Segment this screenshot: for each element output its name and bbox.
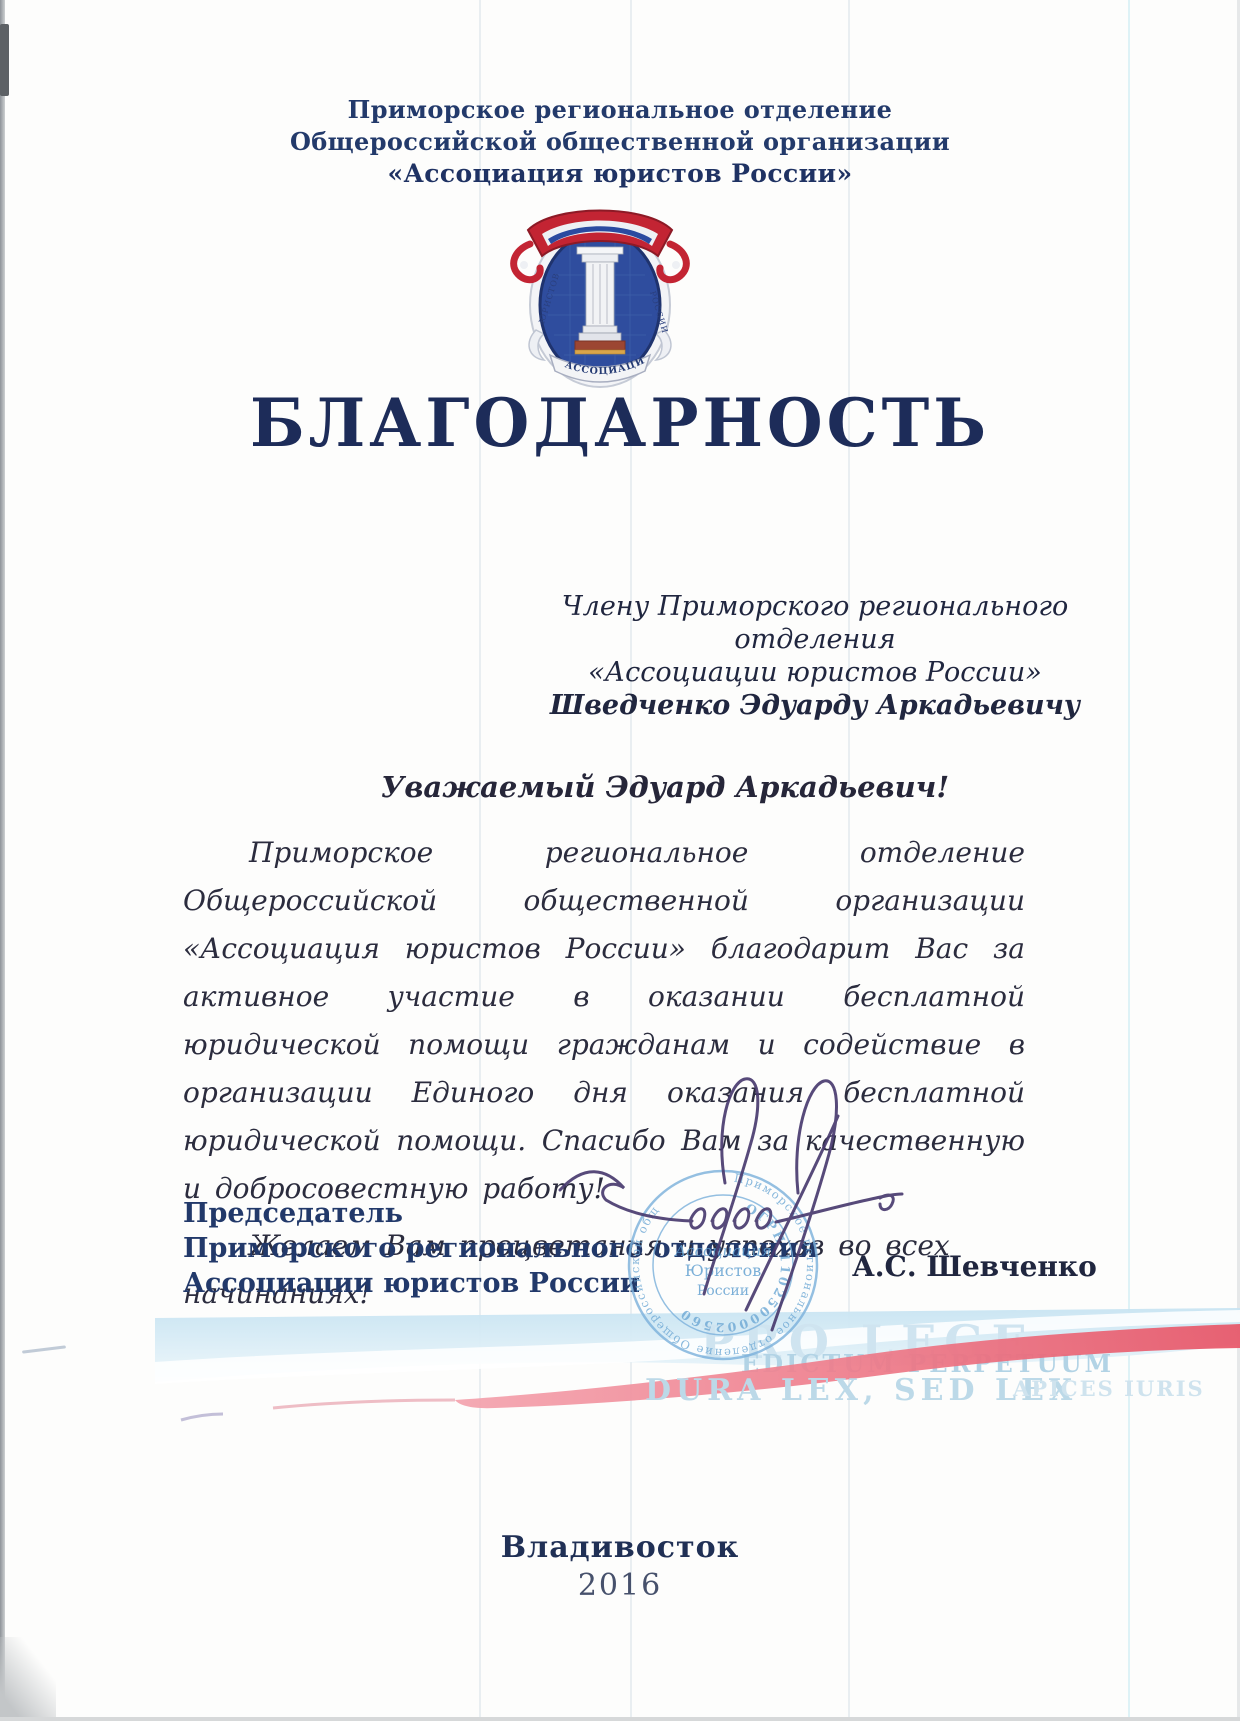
association-of-lawyers-crest-icon: АССОЦИАЦИЯ ЮРИСТОВ РОССИИ — [500, 192, 700, 392]
watermark-line3: APICES IURIS — [1012, 1376, 1205, 1401]
recipient-name: Шведченко Эдуарду Аркадьевичу — [485, 689, 1145, 722]
scan-streak — [1128, 0, 1130, 1721]
letterhead-line1: Приморское региональное отделение — [0, 94, 1240, 126]
letterhead-line2: Общероссийской общественной организации — [0, 126, 1240, 158]
handwritten-signature — [540, 1058, 960, 1348]
scan-corner-shadow — [0, 1637, 56, 1721]
scan-pencil-mark — [22, 1345, 66, 1353]
letterhead: Приморское региональное отделение Общеро… — [0, 94, 1240, 190]
scan-edge-blotch — [0, 24, 9, 96]
recipient-block: Члену Приморского регионального отделени… — [485, 590, 1145, 722]
recipient-line1: Члену Приморского регионального отделени… — [485, 590, 1145, 656]
footer-year: 2016 — [0, 1568, 1240, 1603]
letterhead-line3: «Ассоциация юристов России» — [0, 158, 1240, 190]
scan-edge-bottom — [0, 1717, 1240, 1721]
recipient-line2: «Ассоциации юристов России» — [485, 656, 1145, 689]
document-title: БЛАГОДАРНОСТЬ — [0, 385, 1240, 463]
footer-city: Владивосток — [0, 1530, 1240, 1565]
scanned-certificate-page: Приморское региональное отделение Общеро… — [0, 0, 1240, 1721]
salutation: Уважаемый Эдуард Аркадьевич! — [330, 770, 1000, 804]
scan-edge-left — [0, 0, 5, 1721]
